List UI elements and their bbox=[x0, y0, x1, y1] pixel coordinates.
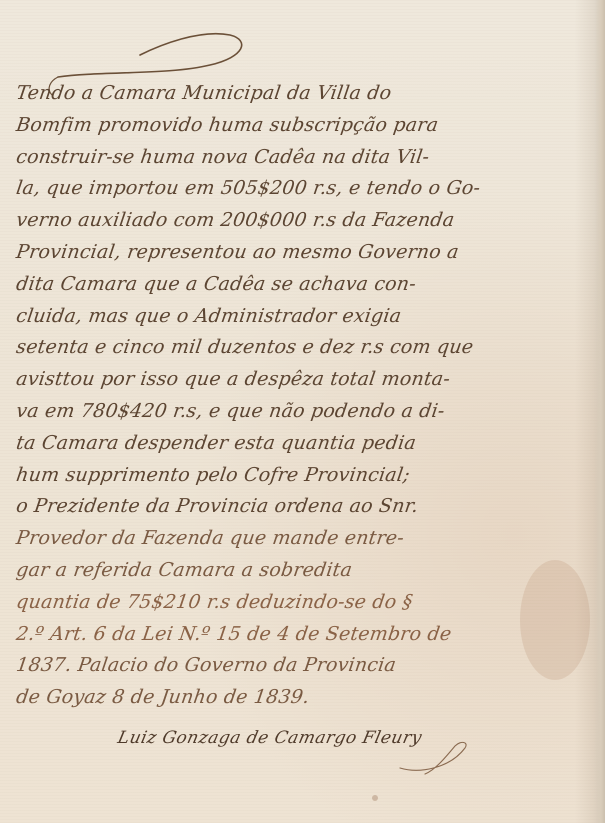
text-line: avisttou por isso que a despêza total mo… bbox=[14, 364, 603, 396]
paper-stain bbox=[520, 560, 590, 680]
paper-stain bbox=[372, 795, 378, 801]
text-line: va em 780$420 r.s, e que não podendo a d… bbox=[14, 396, 603, 428]
text-line: Provincial, representou ao mesmo Governo… bbox=[14, 237, 603, 269]
text-line: 1837. Palacio do Governo da Provincia bbox=[14, 650, 603, 682]
text-line: hum supprimento pelo Cofre Provincial; bbox=[14, 460, 603, 492]
text-line: cluida, mas que o Administrador exigia bbox=[14, 301, 603, 333]
text-line: 2.º Art. 6 da Lei N.º 15 de 4 de Setembr… bbox=[14, 619, 603, 651]
text-line: verno auxiliado com 200$000 r.s da Fazen… bbox=[14, 205, 603, 237]
text-line: ta Camara despender esta quantia pedia bbox=[14, 428, 603, 460]
letter-body: Tendo a Camara Municipal da Villa do Bom… bbox=[14, 78, 599, 714]
signature: Luiz Gonzaga de Camargo Fleury bbox=[116, 728, 424, 748]
text-line: Bomfim promovido huma subscripção para bbox=[14, 110, 603, 142]
text-line: o Prezidente da Provincia ordena ao Snr. bbox=[14, 491, 603, 523]
manuscript-page: Tendo a Camara Municipal da Villa do Bom… bbox=[0, 0, 605, 823]
signature-flourish-icon bbox=[395, 738, 475, 778]
text-line: de Goyaz 8 de Junho de 1839. bbox=[14, 682, 603, 714]
text-line: Tendo a Camara Municipal da Villa do bbox=[14, 78, 603, 110]
text-line: la, que importou em 505$200 r.s, e tendo… bbox=[14, 173, 603, 205]
text-line: gar a referida Camara a sobredita bbox=[14, 555, 603, 587]
text-line: dita Camara que a Cadêa se achava con- bbox=[14, 269, 603, 301]
text-line: quantia de 75$210 r.s deduzindo-se do § bbox=[14, 587, 603, 619]
text-line: setenta e cinco mil duzentos e dez r.s c… bbox=[14, 332, 603, 364]
page-edge bbox=[595, 0, 605, 823]
text-line: construir-se huma nova Cadêa na dita Vil… bbox=[14, 142, 603, 174]
text-line: Provedor da Fazenda que mande entre- bbox=[14, 523, 603, 555]
